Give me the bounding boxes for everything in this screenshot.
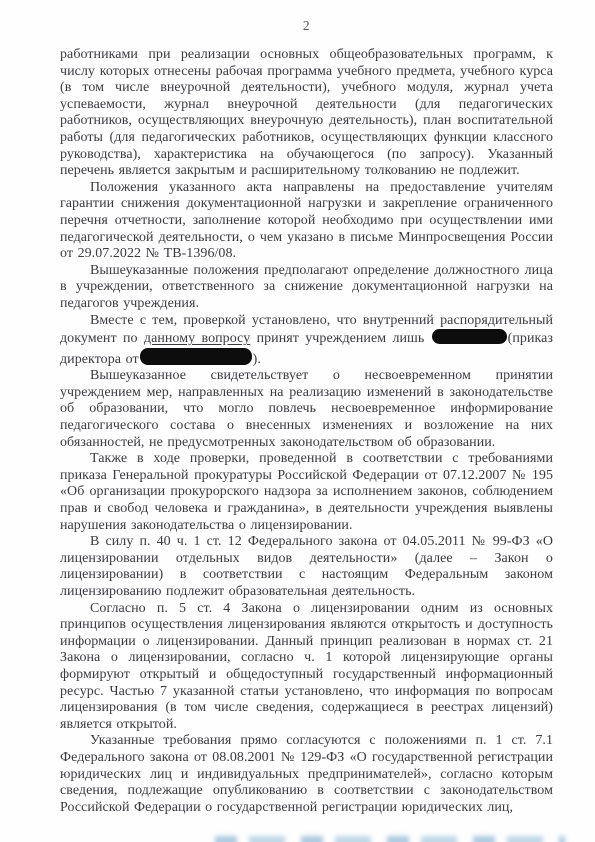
text-run: ). bbox=[253, 352, 261, 367]
paragraph: работниками при реализации основных обще… bbox=[60, 47, 553, 180]
paragraph: Вышеуказанное свидетельствует о несвоевр… bbox=[60, 368, 553, 451]
text-run: работниками при реализации основных обще… bbox=[60, 47, 553, 178]
redaction-bar bbox=[432, 329, 507, 344]
paragraph: Вышеуказанные положения предполагают опр… bbox=[60, 263, 553, 313]
document-page: 2 работниками при реализации основных об… bbox=[0, 0, 595, 842]
paragraph: Согласно п. 5 ст. 4 Закона о лицензирова… bbox=[60, 601, 553, 734]
paragraph: Положения указанного акта направлены на … bbox=[60, 180, 553, 263]
text-run: Также в ходе проверки, проведенной в соо… bbox=[60, 451, 553, 532]
paragraph: Также в ходе проверки, проведенной в соо… bbox=[60, 451, 553, 534]
text-run: Согласно п. 5 ст. 4 Закона о лицензирова… bbox=[60, 601, 553, 732]
text-run: принят учреждением лишь bbox=[250, 331, 430, 346]
underlined-text: данному вопросу bbox=[144, 331, 250, 346]
paragraph: В силу п. 40 ч. 1 ст. 12 Федерального за… bbox=[60, 534, 553, 600]
document-body: работниками при реализации основных обще… bbox=[60, 47, 553, 816]
scan-bleed-artifact bbox=[215, 836, 565, 842]
text-run: В силу п. 40 ч. 1 ст. 12 Федерального за… bbox=[60, 534, 553, 599]
paragraph: Указанные требования прямо согласуются с… bbox=[60, 733, 553, 816]
redaction-bar bbox=[140, 348, 252, 365]
text-run: Указанные требования прямо согласуются с… bbox=[60, 733, 553, 814]
page-number: 2 bbox=[60, 18, 553, 34]
text-run: Вышеуказанные положения предполагают опр… bbox=[60, 263, 553, 311]
text-run: Вышеуказанное свидетельствует о несвоевр… bbox=[60, 368, 553, 449]
paragraph: Вместе с тем, проверкой установлено, что… bbox=[60, 313, 553, 369]
text-run: Положения указанного акта направлены на … bbox=[60, 180, 553, 261]
